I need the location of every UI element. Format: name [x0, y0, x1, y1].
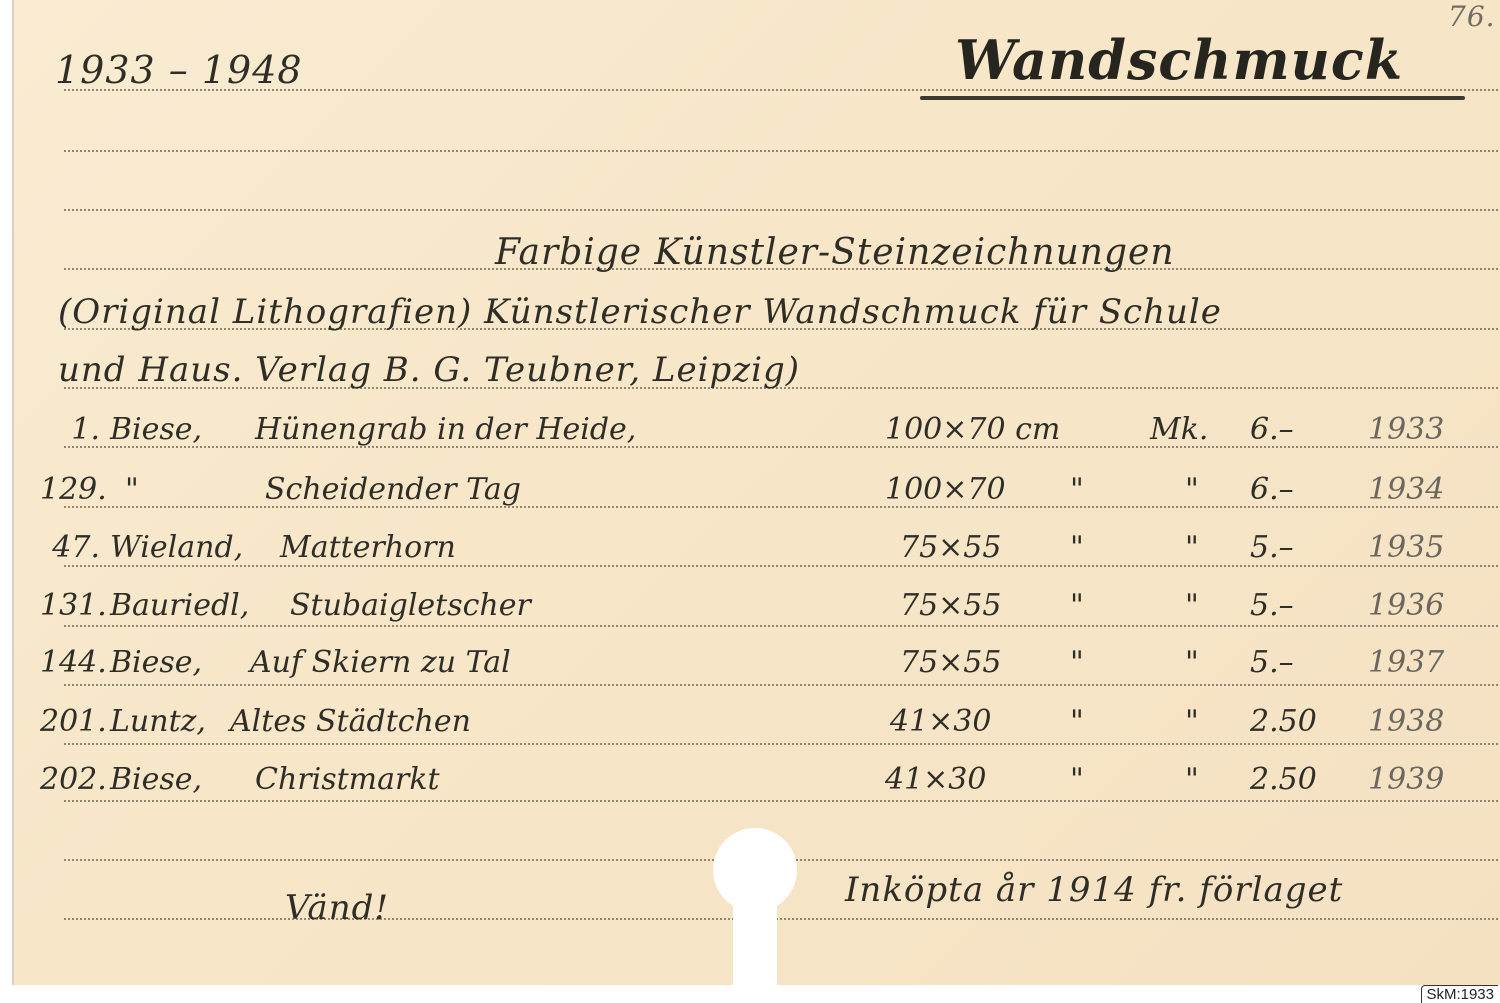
date-range: 1933 – 1948	[55, 48, 303, 92]
turn-note: Vänd!	[285, 888, 389, 928]
entry-ditto: "	[1185, 530, 1199, 565]
list-item: 129. " Scheidender Tag 100×70 " " 6.– 19…	[0, 472, 1500, 522]
archive-stamp: SkM:1933	[1421, 985, 1498, 1003]
list-item: 1. Biese, Hünengrab in der Heide, 100×70…	[0, 412, 1500, 462]
heading-underline	[920, 96, 1465, 100]
entry-number: 202.	[40, 762, 100, 797]
entry-size: 41×30	[890, 704, 991, 739]
entry-size: 100×70	[885, 472, 1006, 507]
entry-number: 201.	[40, 704, 100, 739]
entry-ditto: "	[1185, 588, 1199, 623]
entry-title: Hünengrab in der Heide,	[255, 412, 636, 447]
entry-title: Matterhorn	[280, 530, 456, 565]
entry-price: 2.50	[1250, 704, 1317, 739]
entry-price: 2.50	[1250, 762, 1317, 797]
description-line-2: und Haus. Verlag B. G. Teubner, Leipzig)	[58, 350, 800, 390]
description-line-1: (Original Lithografien) Künstlerischer W…	[58, 292, 1222, 332]
entry-year: 1938	[1368, 704, 1444, 739]
category-heading: Farbige Künstler-Steinzeichnungen	[495, 232, 1175, 273]
entry-number: 144.	[40, 645, 100, 680]
entry-price: 5.–	[1250, 530, 1294, 565]
entry-artist: Bauriedl,	[110, 588, 249, 623]
entry-ditto: "	[1185, 472, 1199, 507]
subject-heading: Wandschmuck	[955, 28, 1403, 92]
ruled-line	[64, 150, 1500, 152]
ruled-line	[64, 209, 1500, 211]
card-bottom-edge	[0, 985, 1500, 1003]
list-item: 202. Biese, Christmarkt 41×30 " " 2.50 1…	[0, 762, 1500, 812]
entry-ditto: "	[1070, 472, 1084, 507]
list-item: 47. Wieland, Matterhorn 75×55 " " 5.– 19…	[0, 530, 1500, 580]
entry-artist: "	[125, 472, 139, 507]
entry-artist: Luntz,	[110, 704, 206, 739]
entry-year: 1933	[1368, 412, 1444, 447]
entry-year: 1935	[1368, 530, 1444, 565]
entry-number: 1.	[40, 412, 100, 447]
entry-ditto: "	[1185, 704, 1199, 739]
entry-ditto: "	[1070, 645, 1084, 680]
entry-size: 100×70 cm	[885, 412, 1060, 447]
entry-title: Altes Städtchen	[230, 704, 471, 739]
entry-price: 6.–	[1250, 412, 1294, 447]
entry-price: 5.–	[1250, 645, 1294, 680]
entry-year: 1939	[1368, 762, 1444, 797]
list-item: 131. Bauriedl, Stubaigletscher 75×55 " "…	[0, 588, 1500, 638]
entry-year: 1937	[1368, 645, 1444, 680]
entry-currency: Mk.	[1150, 412, 1208, 447]
list-item: 201. Luntz, Altes Städtchen 41×30 " " 2.…	[0, 704, 1500, 754]
entry-ditto: "	[1185, 645, 1199, 680]
entry-year: 1934	[1368, 472, 1444, 507]
entry-size: 41×30	[885, 762, 986, 797]
entry-number: 129.	[40, 472, 100, 507]
entry-title: Auf Skiern zu Tal	[250, 645, 511, 680]
entry-ditto: "	[1070, 530, 1084, 565]
entry-artist: Biese,	[110, 412, 202, 447]
entry-artist: Biese,	[110, 762, 202, 797]
entry-title: Christmarkt	[255, 762, 440, 797]
entry-size: 75×55	[900, 530, 1001, 565]
purchase-note: Inköpta år 1914 fr. förlaget	[845, 870, 1343, 910]
entry-title: Stubaigletscher	[290, 588, 531, 623]
entry-artist: Biese,	[110, 645, 202, 680]
entry-number: 131.	[40, 588, 100, 623]
entry-ditto: "	[1070, 762, 1084, 797]
entry-number: 47.	[40, 530, 100, 565]
entry-price: 6.–	[1250, 472, 1294, 507]
entry-ditto: "	[1070, 704, 1084, 739]
ruled-line	[64, 918, 1500, 920]
entry-artist: Wieland,	[110, 530, 243, 565]
entry-year: 1936	[1368, 588, 1444, 623]
entry-size: 75×55	[900, 645, 1001, 680]
card-number: 76.	[1448, 0, 1496, 33]
list-item: 144. Biese, Auf Skiern zu Tal 75×55 " " …	[0, 645, 1500, 695]
entry-ditto: "	[1070, 588, 1084, 623]
entry-title: Scheidender Tag	[265, 472, 521, 507]
entry-size: 75×55	[900, 588, 1001, 623]
entry-price: 5.–	[1250, 588, 1294, 623]
entry-ditto: "	[1185, 762, 1199, 797]
